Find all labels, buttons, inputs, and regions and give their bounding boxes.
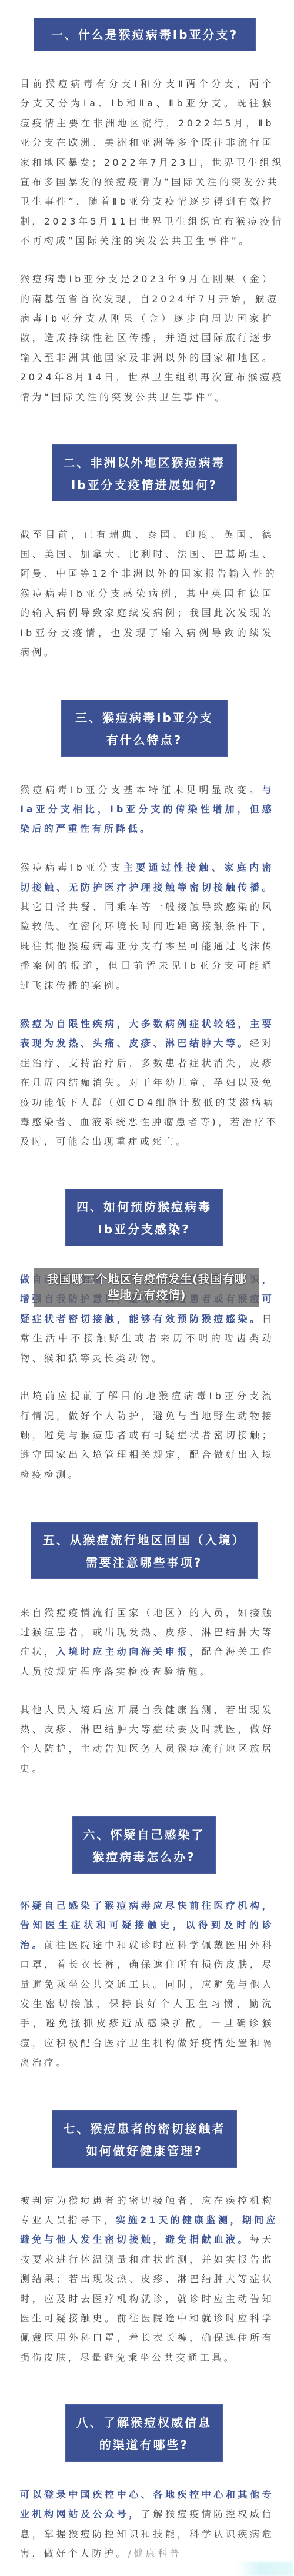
- text-segment: 散，造成持续性社区传播，并通过国际旅行逐步: [20, 332, 274, 343]
- text-line: 检疫检测。: [20, 1465, 274, 1484]
- text-segment: 猴痘病毒Ⅰb亚分支: [20, 862, 123, 873]
- heading-line: Ⅰb亚分支疫情进展如何?: [52, 474, 236, 496]
- highlight-text: 切接触、无防护医疗护理接触等密切接触传播。: [20, 882, 274, 893]
- text-segment: 被判定为猴痘患者的密切接触者，应在疾控机构: [20, 2195, 274, 2206]
- text-segment: 输入至非洲其他国家及非洲以外的国家和地区。: [20, 352, 274, 363]
- text-segment: 制，2023年5月11日世界卫生组织宣布猴痘疫情: [20, 216, 284, 227]
- text-segment: 量避免乘坐公共交通工具。同时，应避免与他人: [20, 1979, 274, 1990]
- section-heading-6: 六、怀疑自己感染了 猴痘病毒怎么办?: [72, 1816, 216, 1874]
- paragraph: 目前猴痘病毒有分支Ⅰ和分支Ⅱ两个分支，两个 分支又分为Ⅰa、Ⅰb和Ⅱa、Ⅱb亚分…: [20, 74, 274, 251]
- paragraph: 怀疑自己感染了猴痘病毒应尽快前往医疗机构， 告知医生症状和可疑接触史，以得到及时…: [20, 1896, 274, 2073]
- text-line: 口罩，着长衣长裤，确保遮住所有损伤皮肤，尽: [20, 1955, 274, 1974]
- text-line: Ⅰa亚分支相比，Ⅰb亚分支的传染性增加，但感: [20, 799, 274, 819]
- text-line: 避免与他人发生密切接触，避免捐献血液。每天: [20, 2230, 274, 2249]
- text-segment: 害，做好个人防护。: [20, 2548, 128, 2559]
- text-line: 不再构成“国际关注的突发公共卫生事件”。: [20, 231, 274, 250]
- text-line: 猴痘病毒Ⅰb亚分支感染病例，其中英国和德国: [20, 584, 274, 603]
- text-line: 可以登录中国疾控中心、各地疾控中心和其他专: [20, 2485, 274, 2504]
- text-line: 专业人员指导下，实施21天的健康监测，期间应: [20, 2210, 274, 2230]
- paragraph: 猴痘为自限性疾病，大多数病例症状较轻，主要 表现为发热、头痛、皮疹、淋巴结肿大等…: [20, 1014, 274, 1152]
- text-line: 医生可疑接触史。前往医院途中和就诊时应科学: [20, 2309, 274, 2328]
- text-segment: 损伤皮肤，尽量避免乘坐公共交通工具。: [20, 2352, 236, 2363]
- section-heading-4: 四、如何预防猴痘病毒 Ⅰb亚分支感染?: [65, 1189, 223, 1246]
- highlight-text: 怀疑自己感染了猴痘病毒应尽快前往医疗机构，: [20, 1900, 274, 1911]
- text-segment: 不再构成“国际关注的突发公共卫生事件”。: [20, 235, 251, 246]
- text-line: 量避免乘坐公共交通工具。同时，应避免与他人: [20, 1975, 274, 1994]
- highlight-text: Ⅰa亚分支相比，Ⅰb亚分支的传染性增加，但感: [20, 804, 274, 815]
- text-line: 手，避免搔抓皮疹造成感染扩散。一旦确诊猴: [20, 2013, 274, 2033]
- heading-line: 三、猴痘病毒Ⅰb亚分支: [62, 707, 227, 729]
- text-segment: 阿曼、中国等12个非洲以外的国家报告输入性的: [20, 568, 277, 579]
- text-line: 其他人员入境后应开展自我健康监测，若出现发: [20, 1700, 274, 1719]
- text-segment: 每天: [250, 2234, 274, 2245]
- text-line: 的南基伍省首次发现，自2024年7月开始，猴痘: [20, 289, 274, 309]
- heading-line: 二、非洲以外地区猴痘病毒: [52, 451, 236, 474]
- decorative-smudge: [237, 2562, 294, 2576]
- text-line: 分支又分为Ⅰa、Ⅰb和Ⅱa、Ⅱb亚分支。既往猴: [20, 93, 274, 113]
- text-segment: 病例。: [20, 647, 56, 658]
- text-segment: 猴痘病毒Ⅰb亚分支基本特征未见明显改变。: [20, 784, 262, 795]
- text-line: 按要求进行体温测量和症状监测，并如实报告监: [20, 2250, 274, 2269]
- heading-line: 五、从猴痘流行地区回国（入境）: [31, 1529, 257, 1551]
- paragraph: 猴痘病毒Ⅰb亚分支基本特征未见明显改变。与 Ⅰa亚分支相比，Ⅰb亚分支的传染性增…: [20, 780, 274, 839]
- text-segment: 佩戴医用外科口罩，着长衣长裤，确保遮住所有: [20, 2332, 274, 2343]
- text-line: 险较低。在密闭环境长时间近距离接触条件下，: [20, 916, 274, 936]
- text-line: 宣布多国暴发的猴痘疫情为“国际关注的突发公共: [20, 172, 274, 192]
- text-segment: 毒感染者、血液系统恶性肿瘤患者等)，若治疗不: [20, 1116, 278, 1128]
- text-line: 症治疗、支持治疗后，多数患者症状消失，皮疹: [20, 1053, 274, 1073]
- text-line: 输入至非洲其他国家及非洲以外的国家和地区。: [20, 348, 274, 367]
- text-line: 物、猴和猿等灵长类动物。: [20, 1349, 274, 1368]
- text-line: 个人防护，主动告知医务人员猴痘流行地区旅居: [20, 1739, 274, 1758]
- text-line: 截至目前，已有瑞典、泰国、印度、英国、德: [20, 525, 274, 544]
- text-line: 怀疑自己感染了猴痘病毒应尽快前往医疗机构，: [20, 1896, 274, 1915]
- highlight-text: 实施21天的健康监测，期间应: [116, 2214, 278, 2226]
- heading-line: 有什么特点?: [62, 729, 227, 751]
- text-segment: 宣布多国暴发的猴痘疫情为“国际关注的突发公共: [20, 176, 279, 188]
- text-segment: 来自猴痘疫情流行国家（地区）的人员，如接触: [20, 1607, 274, 1618]
- text-line: 在几周内结痂消失。对于年幼儿童、孕妇以及免: [20, 1073, 274, 1092]
- text-line: 表现为发热、头痛、皮疹、淋巴结肿大等。经对: [20, 1033, 274, 1053]
- article-page: 一、什么是猴痘病毒Ⅰb亚分支? 目前猴痘病毒有分支Ⅰ和分支Ⅱ两个分支，两个 分支…: [0, 0, 294, 2576]
- text-line: 病毒Ⅰb亚分支从刚果（金）逐步向周边国家扩: [20, 309, 274, 328]
- highlight-text: 猴痘为自限性疾病，大多数病例症状较轻，主要: [20, 1018, 274, 1029]
- text-line: 散，造成持续性社区传播，并通过国际旅行逐步: [20, 328, 274, 347]
- text-segment: 人员按规定程序落实检疫查验措施。: [20, 1666, 212, 1677]
- text-segment: 的输入病例导致家庭续发病例；我国此次发现的: [20, 607, 274, 618]
- highlight-text: 避免与他人发生密切接触，避免捐献血液。: [20, 2234, 250, 2245]
- highlight-text: 治。: [20, 1939, 44, 1951]
- text-segment: 痘疫情主要在非洲地区流行，2022年5月，Ⅱb: [20, 118, 274, 129]
- text-segment: 专业人员指导下，: [20, 2214, 116, 2226]
- section-heading-1: 一、什么是猴痘病毒Ⅰb亚分支?: [34, 18, 256, 51]
- text-segment: 症状，: [20, 1646, 56, 1657]
- highlight-text: 与: [262, 784, 274, 795]
- text-line: 离治疗。: [20, 2053, 274, 2072]
- text-segment: Ⅰb亚分支疫情，也发现了输入病例导致的续发: [20, 627, 274, 638]
- text-segment: 卫生事件”，随着Ⅱb亚分支疫情逐步得到有效控: [20, 196, 274, 207]
- highlight-text: 主要通过性接触、家庭内密: [123, 862, 274, 873]
- text-segment: 口罩，着长衣长裤，确保遮住所有损伤皮肤，尽: [20, 1959, 274, 1970]
- text-segment: 个人防护，主动告知医务人员猴痘流行地区旅居: [20, 1743, 274, 1754]
- text-line: 国、美国、加拿大、比利时、法国、巴基斯坦、: [20, 544, 274, 564]
- text-segment: 其他人员入境后应开展自我健康监测，若出现发: [20, 1704, 274, 1715]
- heading-line: 猴痘病毒怎么办?: [73, 1846, 215, 1868]
- text-line: 行情况，做好个人防护，避免与当地野生动物接: [20, 1406, 274, 1426]
- text-segment: 分支又分为Ⅰa、Ⅰb和Ⅱa、Ⅱb亚分支。既往猴: [20, 98, 274, 109]
- heading-line: 如何做好健康管理?: [52, 2140, 236, 2162]
- text-segment: 物、猴和猿等灵长类动物。: [20, 1353, 164, 1364]
- caption-line: 我国哪三个地区有疫情发生(我国有哪: [34, 1272, 259, 1287]
- text-segment: 亚分支在欧洲、美洲和亚洲等多个既往非流行国: [20, 137, 274, 148]
- text-line: 猴痘病毒Ⅰb亚分支是2023年9月在刚果（金）: [20, 269, 274, 289]
- text-segment: 手，避免搔抓皮疹造成感染扩散。一旦确诊猴: [20, 2018, 274, 2029]
- text-line: 疑症状者密切接触，能够有效预防猴痘感染。日: [20, 1309, 274, 1329]
- heading-line: 的渠道有哪些?: [66, 2434, 222, 2456]
- text-segment: 在几周内结痂消失。对于年幼儿童、孕妇以及免: [20, 1077, 274, 1088]
- text-line: 出境前应提前了解目的地猴痘病毒Ⅰb亚分支流: [20, 1386, 274, 1406]
- text-segment: 病毒Ⅰb亚分支从刚果（金）逐步向周边国家扩: [20, 313, 274, 324]
- text-line: 痘疫情主要在非洲地区流行，2022年5月，Ⅱb: [20, 113, 274, 133]
- text-line: 过飞沫传播的案例。: [20, 976, 274, 995]
- text-line: 切接触、无防护医疗护理接触等密切接触传播。: [20, 878, 274, 897]
- text-line: 测结果；若出现发热、皮疹、淋巴结肿大等症状: [20, 2269, 274, 2289]
- text-segment: 经对: [250, 1038, 274, 1049]
- text-line: 痘，应积极配合医疗卫生机构做好疫情处置和隔: [20, 2033, 274, 2053]
- text-line: 人员按规定程序落实检疫查验措施。: [20, 1662, 274, 1681]
- text-line: 疫功能低下人群（如CD4细胞计数低的艾滋病病: [20, 1093, 274, 1112]
- text-segment: 过猴痘患者，或出现发热、皮疹、淋巴结肿大等: [20, 1627, 274, 1638]
- text-line: 告知医生症状和可疑接触史，以得到及时的诊: [20, 1915, 274, 1935]
- text-line: 播案例的报道，但目前暂未见Ⅰb亚分支可能通: [20, 956, 274, 975]
- section-heading-3: 三、猴痘病毒Ⅰb亚分支 有什么特点?: [61, 700, 228, 757]
- text-segment: 前往医院途中和就诊时应科学佩戴医用外科: [44, 1939, 274, 1951]
- text-segment: 过飞沫传播的案例。: [20, 980, 128, 991]
- text-segment: 出境前应提前了解目的地猴痘病毒Ⅰb亚分支流: [20, 1390, 274, 1401]
- text-segment: 的南基伍省首次发现，自2024年7月开始，猴痘: [20, 293, 279, 305]
- text-line: 息，掌握猴痘防控知识和技能，科学认识疾病危: [20, 2524, 274, 2544]
- text-segment: 情为“国际关注的突发公共卫生事件”。: [20, 392, 227, 403]
- text-line: 目前猴痘病毒有分支Ⅰ和分支Ⅱ两个分支，两个: [20, 74, 274, 93]
- text-segment: 播案例的报道，但目前暂未见Ⅰb亚分支可能通: [20, 960, 274, 971]
- text-segment: 疫功能低下人群（如CD4细胞计数低的艾滋病病: [20, 1097, 275, 1108]
- text-segment: 配合海关工作: [202, 1646, 274, 1657]
- heading-line: 八、了解猴痘权威信息: [66, 2411, 222, 2434]
- text-segment: 触，避免与猴痘患者或有可疑症状者密切接触；: [20, 1430, 274, 1441]
- text-segment: 时，应及时去医疗机构就诊，就诊时应主动告知: [20, 2293, 274, 2304]
- heading-line: 四、如何预防猴痘病毒: [66, 1196, 222, 1218]
- paragraph: 出境前应提前了解目的地猴痘病毒Ⅰb亚分支流 行情况，做好个人防护，避免与当地野生…: [20, 1386, 274, 1484]
- text-segment: 了解猴痘疫情防控权威信: [141, 2508, 274, 2520]
- text-segment: 测结果；若出现发热、皮疹、淋巴结肿大等症状: [20, 2273, 274, 2284]
- text-segment: 家和地区暴发；2022年7月23日，世界卫生组织: [20, 157, 284, 168]
- text-line: 毒感染者、血液系统恶性肿瘤患者等)，若治疗不: [20, 1112, 274, 1132]
- paragraph: 被判定为猴痘患者的密切接触者，应在疾控机构 专业人员指导下，实施21天的健康监测…: [20, 2191, 274, 2368]
- text-segment: 发生密切接触，保持良好个人卫生习惯，勤洗: [20, 1998, 274, 2009]
- text-line: 阿曼、中国等12个非洲以外的国家报告输入性的: [20, 564, 274, 583]
- section-heading-5: 五、从猴痘流行地区回国（入境） 需要注意哪些事项?: [31, 1522, 258, 1579]
- text-line: Ⅰb亚分支疫情，也发现了输入病例导致的续发: [20, 623, 274, 643]
- section-heading-2: 二、非洲以外地区猴痘病毒 Ⅰb亚分支疫情进展如何?: [52, 444, 237, 501]
- highlight-text: 业机构网站及公众号，: [20, 2508, 141, 2520]
- text-line: 其它日常共餐、同乘车等一般接触导致感染的风: [20, 897, 274, 916]
- text-segment: 险较低。在密闭环境长时间近距离接触条件下，: [20, 921, 274, 932]
- section-heading-7: 七、猴痘患者的密切接触者 如何做好健康管理?: [52, 2110, 237, 2168]
- text-segment: 目前猴痘病毒有分支Ⅰ和分支Ⅱ两个分支，两个: [20, 78, 274, 89]
- text-line: 2024年8月14日，世界卫生组织再次宣布猴痘疫: [20, 367, 274, 387]
- text-segment: 遵守国家出入境管理相关规定，配合做好出入境: [20, 1449, 274, 1460]
- text-line: 来自猴痘疫情流行国家（地区）的人员，如接触: [20, 1603, 274, 1622]
- text-line: 既往其他猴痘病毒亚分支有零星可能通过飞沫传: [20, 936, 274, 956]
- heading-line: 六、怀疑自己感染了: [73, 1824, 215, 1846]
- text-line: 染后的严重性有所降低。: [20, 819, 274, 838]
- caption-overlay: 我国哪三个地区有疫情发生(我国有哪 些地方有疫情): [34, 1268, 259, 1307]
- text-segment: 按要求进行体温测量和症状监测，并如实报告监: [20, 2254, 274, 2265]
- paragraph: 来自猴痘疫情流行国家（地区）的人员，如接触 过猴痘患者，或出现发热、皮疹、淋巴结…: [20, 1603, 274, 1682]
- highlight-text: 表现为发热、头痛、皮疹、淋巴结肿大等。: [20, 1038, 250, 1049]
- text-line: 的输入病例导致家庭续发病例；我国此次发现的: [20, 603, 274, 623]
- text-line: 史。: [20, 1759, 274, 1778]
- text-line: 热、皮疹、淋巴结肿大等症状要及时就医，做好: [20, 1719, 274, 1739]
- paragraph: 可以登录中国疾控中心、各地疾控中心和其他专 业机构网站及公众号，了解猴痘疫情防控…: [20, 2485, 274, 2564]
- text-segment: 行情况，做好个人防护，避免与当地野生动物接: [20, 1410, 274, 1421]
- text-line: 猴痘病毒Ⅰb亚分支基本特征未见明显改变。与: [20, 780, 274, 799]
- text-line: 常生活中不接触野生或者来历不明的啮齿类动: [20, 1329, 274, 1348]
- text-segment: 医生可疑接触史。前往医院途中和就诊时应科学: [20, 2313, 274, 2324]
- text-segment: 症治疗、支持治疗后，多数患者症状消失，皮疹: [20, 1058, 274, 1069]
- text-segment: 猴痘病毒Ⅰb亚分支是2023年9月在刚果（金）: [20, 273, 274, 285]
- text-line: 制，2023年5月11日世界卫生组织宣布猴痘疫情: [20, 212, 274, 231]
- text-segment: 检疫检测。: [20, 1469, 80, 1480]
- paragraph: 猴痘病毒Ⅰb亚分支主要通过性接触、家庭内密 切接触、无防护医疗护理接触等密切接触…: [20, 858, 274, 995]
- highlight-text: 告知医生症状和可疑接触史，以得到及时的诊: [20, 1919, 274, 1931]
- text-line: 业机构网站及公众号，了解猴痘疫情防控权威信: [20, 2504, 274, 2524]
- text-line: 猴痘为自限性疾病，大多数病例症状较轻，主要: [20, 1014, 274, 1033]
- text-segment: 痘，应积极配合医疗卫生机构做好疫情处置和隔: [20, 2038, 274, 2049]
- text-segment: 2024年8月14日，世界卫生组织再次宣布猴痘疫: [20, 372, 284, 383]
- text-line: 卫生事件”，随着Ⅱb亚分支疫情逐步得到有效控: [20, 192, 274, 211]
- text-line: 过猴痘患者，或出现发热、皮疹、淋巴结肿大等: [20, 1622, 274, 1642]
- text-line: 猴痘病毒Ⅰb亚分支主要通过性接触、家庭内密: [20, 858, 274, 877]
- text-segment: 常生活中不接触野生或者来历不明的啮齿类动: [20, 1333, 274, 1344]
- heading-line: Ⅰb亚分支感染?: [66, 1218, 222, 1240]
- section-heading-8: 八、了解猴痘权威信息 的渠道有哪些?: [65, 2404, 223, 2462]
- heading-line: 七、猴痘患者的密切接触者: [52, 2117, 236, 2140]
- paragraph: 截至目前，已有瑞典、泰国、印度、英国、德 国、美国、加拿大、比利时、法国、巴基斯…: [20, 525, 274, 663]
- text-segment: 热、皮疹、淋巴结肿大等症状要及时就医，做好: [20, 1724, 274, 1735]
- caption-line: 些地方有疫情): [34, 1287, 259, 1303]
- text-segment: 及时，可能会出现重症或死亡。: [20, 1136, 188, 1147]
- text-line: 及时，可能会出现重症或死亡。: [20, 1132, 274, 1151]
- text-line: 被判定为猴痘患者的密切接触者，应在疾控机构: [20, 2191, 274, 2210]
- text-segment: 息，掌握猴痘防控知识和技能，科学认识疾病危: [20, 2528, 274, 2540]
- text-segment: 其它日常共餐、同乘车等一般接触导致感染的风: [20, 901, 274, 912]
- text-segment: 既往其他猴痘病毒亚分支有零星可能通过飞沫传: [20, 941, 274, 952]
- text-line: 损伤皮肤，尽量避免乘坐公共交通工具。: [20, 2348, 274, 2367]
- text-line: 亚分支在欧洲、美洲和亚洲等多个既往非流行国: [20, 133, 274, 152]
- text-line: 害，做好个人防护。/健康科普: [20, 2544, 274, 2563]
- text-line: 发生密切接触，保持良好个人卫生习惯，勤洗: [20, 1994, 274, 2013]
- text-line: 家和地区暴发；2022年7月23日，世界卫生组织: [20, 153, 274, 172]
- text-line: 病例。: [20, 643, 274, 662]
- text-segment: 史。: [20, 1763, 44, 1774]
- highlight-text: 染后的严重性有所降低。: [20, 823, 152, 834]
- text-segment: 离治疗。: [20, 2057, 68, 2068]
- paragraph: 其他人员入境后应开展自我健康监测，若出现发 热、皮疹、淋巴结肿大等症状要及时就医…: [20, 1700, 274, 1779]
- text-line: 遵守国家出入境管理相关规定，配合做好出入境: [20, 1445, 274, 1464]
- source-credit: /健康科普: [128, 2548, 182, 2559]
- text-line: 情为“国际关注的突发公共卫生事件”。: [20, 387, 274, 407]
- text-segment: 国、美国、加拿大、比利时、法国、巴基斯坦、: [20, 548, 274, 560]
- text-line: 症状，入境时应主动向海关申报，配合海关工作: [20, 1642, 274, 1661]
- highlight-text: 疑症状者密切接触，能够有效预防猴痘感染。: [20, 1313, 262, 1324]
- text-segment: 截至目前，已有瑞典、泰国、印度、英国、德: [20, 529, 274, 540]
- text-segment: 日: [262, 1313, 274, 1324]
- highlight-text: 入境时应主动向海关申报，: [56, 1646, 202, 1657]
- heading-line: 需要注意哪些事项?: [31, 1551, 257, 1574]
- text-line: 佩戴医用外科口罩，着长衣长裤，确保遮住所有: [20, 2328, 274, 2347]
- highlight-text: 可以登录中国疾控中心、各地疾控中心和其他专: [20, 2489, 274, 2500]
- paragraph: 猴痘病毒Ⅰb亚分支是2023年9月在刚果（金） 的南基伍省首次发现，自2024年…: [20, 269, 274, 407]
- text-line: 治。前往医院途中和就诊时应科学佩戴医用外科: [20, 1935, 274, 1955]
- heading-line: 一、什么是猴痘病毒Ⅰb亚分支?: [34, 24, 255, 46]
- text-line: 时，应及时去医疗机构就诊，就诊时应主动告知: [20, 2289, 274, 2309]
- text-segment: 猴痘病毒Ⅰb亚分支感染病例，其中英国和德国: [20, 588, 274, 599]
- text-line: 触，避免与猴痘患者或有可疑症状者密切接触；: [20, 1426, 274, 1445]
